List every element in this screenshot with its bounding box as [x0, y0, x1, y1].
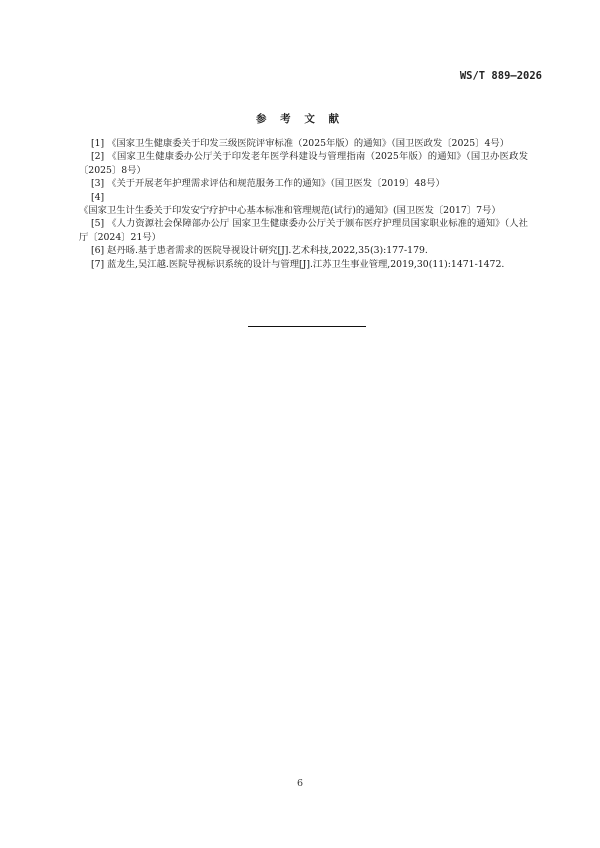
reference-text: 蓝龙生,吴江越.医院导视标识系统的设计与管理[J].江苏卫生事业管理,2019,… [107, 259, 504, 270]
reference-item: [4] 《国家卫生计生委关于印发安宁疗护中心基本标准和管理规范(试行)的通知》(… [79, 191, 528, 218]
reference-text: 《关于开展老年护理需求评估和规范服务工作的通知》（国卫医发〔2019〕48号） [107, 178, 445, 189]
reference-number: [2] [91, 151, 104, 162]
reference-number: [6] [91, 245, 104, 256]
reference-number: [4] [91, 192, 104, 203]
reference-text: 《国家卫生健康委办公厅关于印发老年医学科建设与管理指南（2025年版）的通知》（… [79, 151, 528, 175]
standard-code: WS/T 889—2026 [460, 70, 542, 82]
reference-item: [2] 《国家卫生健康委办公厅关于印发老年医学科建设与管理指南（2025年版）的… [79, 150, 528, 177]
end-divider [248, 326, 366, 327]
reference-list: [1] 《国家卫生健康委关于印发三级医院评审标准（2025年版）的通知》（国卫医… [79, 137, 528, 271]
reference-item: [1] 《国家卫生健康委关于印发三级医院评审标准（2025年版）的通知》（国卫医… [79, 137, 528, 150]
reference-text: 《国家卫生健康委关于印发三级医院评审标准（2025年版）的通知》（国卫医政发〔2… [107, 138, 509, 149]
page-number: 6 [0, 778, 600, 789]
reference-text: 《国家卫生计生委关于印发安宁疗护中心基本标准和管理规范(试行)的通知》(国卫医发… [79, 205, 501, 216]
reference-text: 《人力资源社会保障部办公厅 国家卫生健康委办公厅关于颁布医疗护理员国家职业标准的… [79, 218, 528, 242]
reference-number: [5] [91, 218, 104, 229]
reference-number: [1] [91, 138, 104, 149]
reference-item: [5] 《人力资源社会保障部办公厅 国家卫生健康委办公厅关于颁布医疗护理员国家职… [79, 217, 528, 244]
reference-text: 赵丹旸.基于患者需求的医院导视设计研究[J].艺术科技,2022,35(3):1… [107, 245, 428, 256]
reference-item: [6] 赵丹旸.基于患者需求的医院导视设计研究[J].艺术科技,2022,35(… [79, 244, 528, 257]
reference-item: [7] 蓝龙生,吴江越.医院导视标识系统的设计与管理[J].江苏卫生事业管理,2… [79, 258, 528, 271]
reference-item: [3] 《关于开展老年护理需求评估和规范服务工作的通知》（国卫医发〔2019〕4… [79, 177, 528, 190]
page-title: 参 考 文 献 [0, 111, 600, 126]
reference-number: [3] [91, 178, 104, 189]
reference-number: [7] [91, 259, 104, 270]
